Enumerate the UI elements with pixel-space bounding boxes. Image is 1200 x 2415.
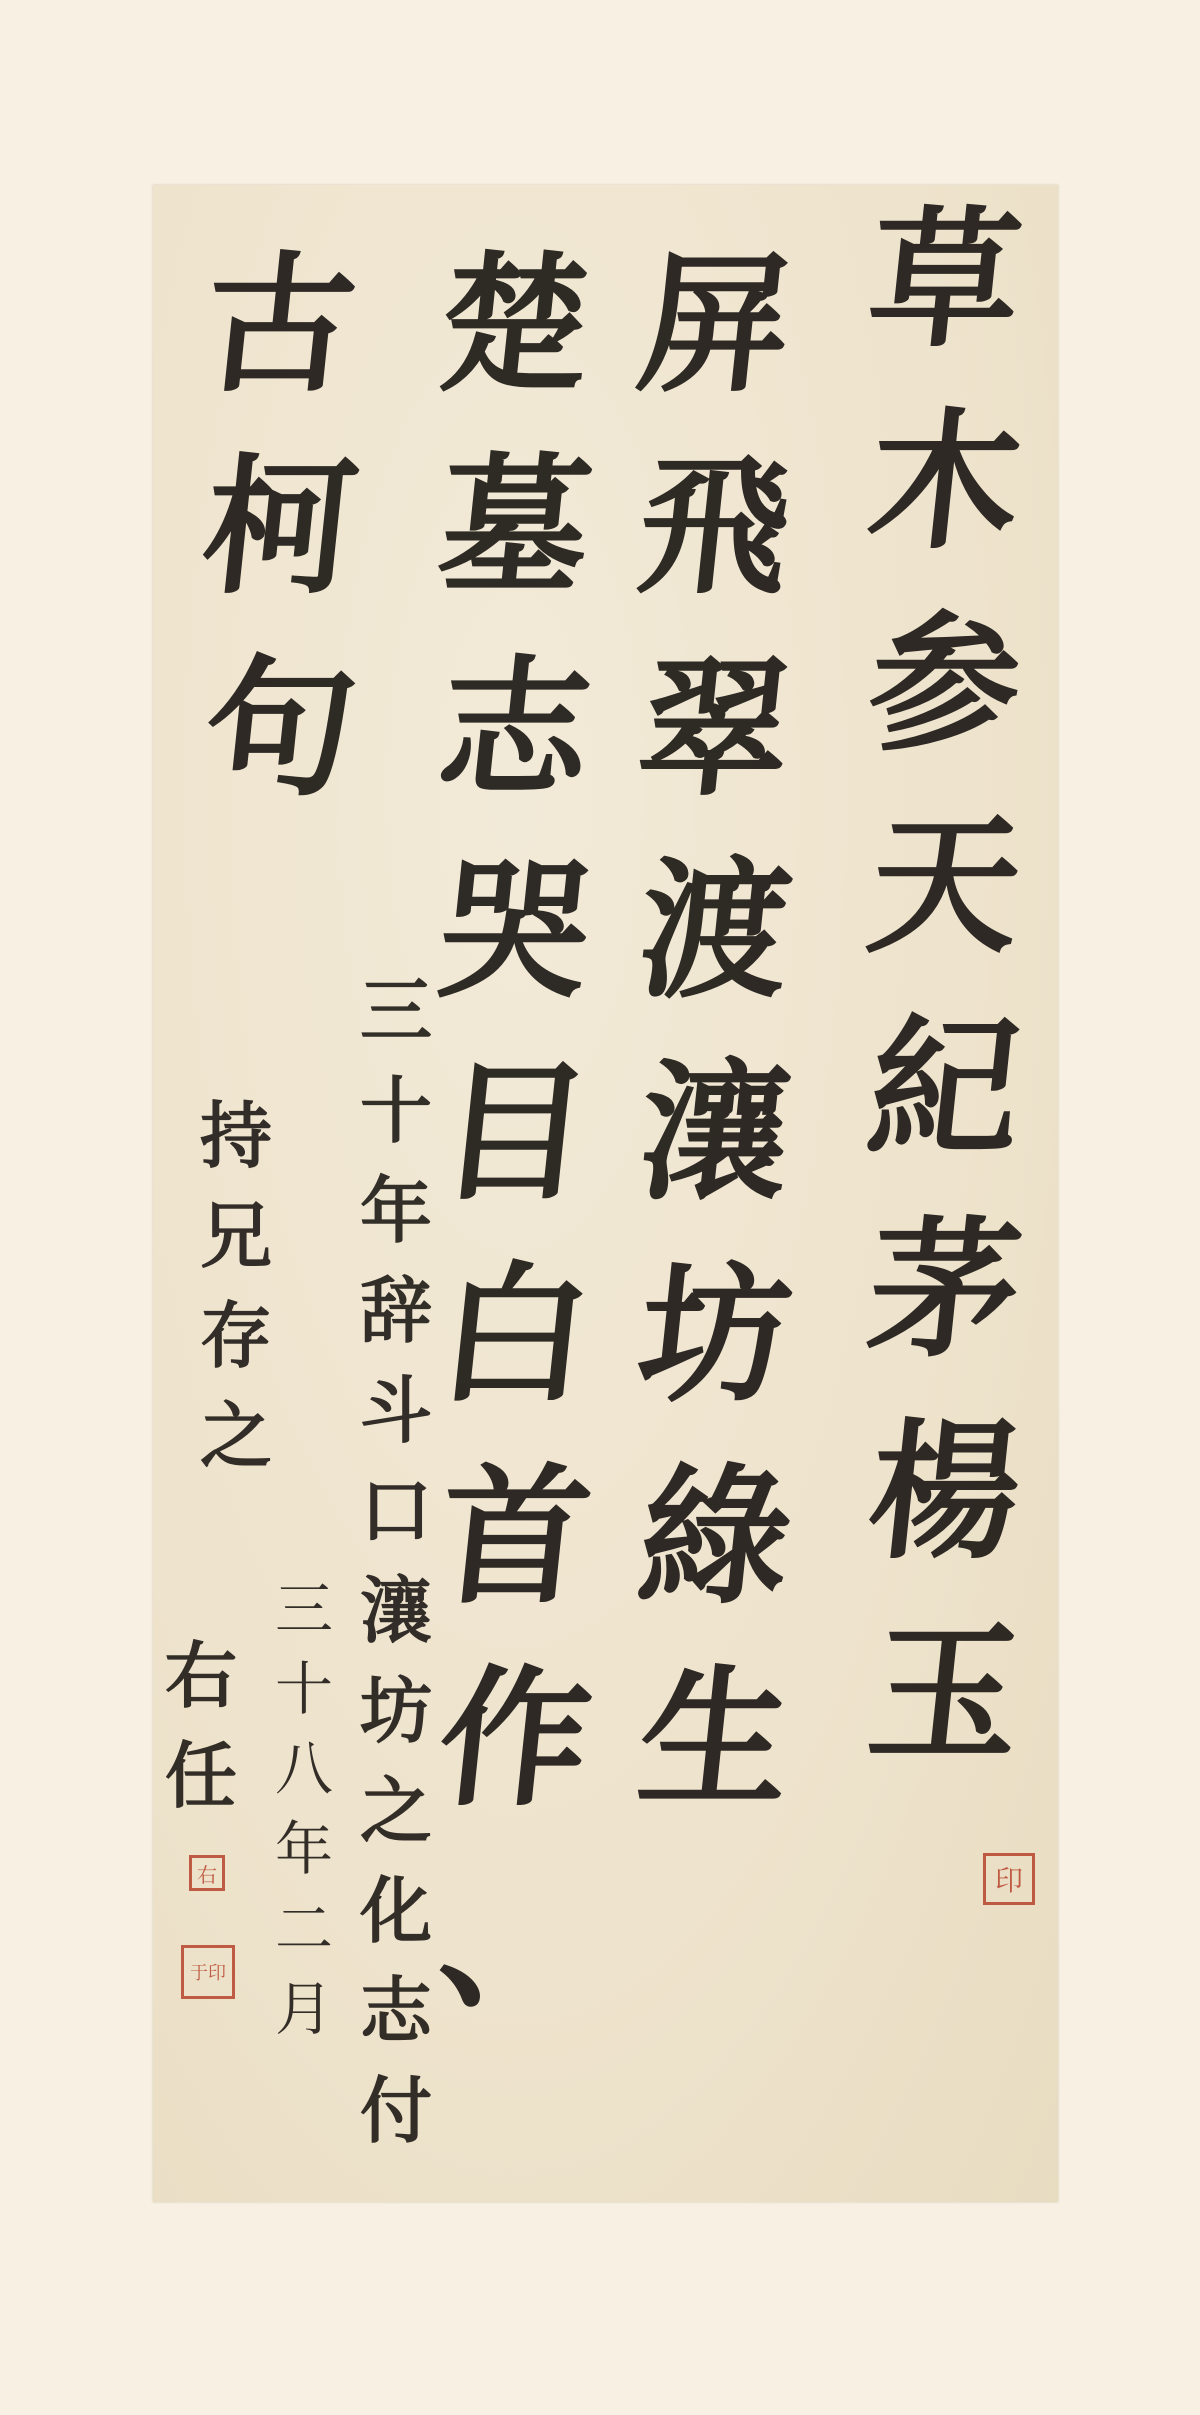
- main-char: 古: [197, 250, 363, 400]
- inscription-char: 口: [360, 1475, 432, 1547]
- inscription-column-3: 持兄存之: [200, 1100, 272, 1500]
- main-char: 飛: [632, 452, 798, 602]
- main-char: 木: [862, 407, 1028, 557]
- inscription-char: 之: [200, 1400, 272, 1472]
- main-char: 渡: [632, 856, 798, 1006]
- main-column-2: 屏飛翠渡瀼坊綠生: [640, 250, 790, 1866]
- scroll-mount: 草木参天紀茅楊玉 屏飛翠渡瀼坊綠生 楚墓志哭目白首作、 古柯句 三十年辞斗口瀼坊…: [0, 0, 1200, 2415]
- inscription-char: 化: [360, 1875, 432, 1947]
- main-char: 志: [432, 654, 598, 804]
- inscription-column-1: 三十年辞斗口瀼坊之化志付: [360, 975, 432, 2175]
- main-char: 天: [862, 811, 1028, 961]
- main-char: 茅: [862, 1215, 1028, 1365]
- inscription-char: 持: [200, 1100, 272, 1172]
- inscription-char: 存: [200, 1300, 272, 1372]
- main-char: 墓: [432, 452, 598, 602]
- inscription-char: 二: [275, 1900, 333, 1958]
- inscription-char: 辞: [360, 1275, 432, 1347]
- main-char: 楚: [432, 250, 598, 400]
- main-char: 、: [432, 1866, 598, 2016]
- inscription-char: 八: [275, 1740, 333, 1798]
- main-char: 楊: [862, 1417, 1028, 1567]
- inscription-char: 瀼: [360, 1575, 432, 1647]
- inscription-char: 三: [275, 1580, 333, 1638]
- seal-right: 印: [983, 1853, 1035, 1905]
- main-char: 作: [432, 1664, 598, 1814]
- main-char: 句: [197, 654, 363, 804]
- inscription-char: 付: [360, 2075, 432, 2147]
- main-char: 白: [432, 1260, 598, 1410]
- signature: 右任: [165, 1640, 237, 1840]
- main-char: 瀼: [632, 1058, 798, 1208]
- signature-char: 任: [165, 1740, 237, 1812]
- main-char: 玉: [862, 1619, 1028, 1769]
- main-char: 柯: [197, 452, 363, 602]
- inscription-char: 年: [360, 1175, 432, 1247]
- main-column-1: 草木参天紀茅楊玉: [870, 205, 1020, 1821]
- main-char: 哭: [432, 856, 598, 1006]
- seal-left-top: 右: [189, 1855, 225, 1891]
- main-column-3: 楚墓志哭目白首作、: [440, 250, 590, 2068]
- main-char: 目: [432, 1058, 598, 1208]
- main-column-4: 古柯句: [205, 250, 355, 856]
- main-char: 坊: [632, 1260, 798, 1410]
- main-char: 紀: [862, 1013, 1028, 1163]
- inscription-char: 之: [360, 1775, 432, 1847]
- inscription-char: 年: [275, 1820, 333, 1878]
- inscription-char: 斗: [360, 1375, 432, 1447]
- inscription-column-2: 三十八年二月: [275, 1580, 333, 2060]
- inscription-char: 月: [275, 1980, 333, 2038]
- seal-left-bottom: 于印: [181, 1945, 235, 1999]
- main-char: 首: [432, 1462, 598, 1612]
- inscription-char: 志: [360, 1975, 432, 2047]
- main-char: 屏: [632, 250, 798, 400]
- main-char: 参: [862, 609, 1028, 759]
- inscription-char: 坊: [360, 1675, 432, 1747]
- main-char: 生: [632, 1664, 798, 1814]
- signature-char: 右: [165, 1640, 237, 1712]
- inscription-char: 十: [360, 1075, 432, 1147]
- inscription-char: 三: [360, 975, 432, 1047]
- inscription-char: 兄: [200, 1200, 272, 1272]
- main-char: 翠: [632, 654, 798, 804]
- main-char: 綠: [632, 1462, 798, 1612]
- inscription-char: 十: [275, 1660, 333, 1718]
- main-char: 草: [862, 205, 1028, 355]
